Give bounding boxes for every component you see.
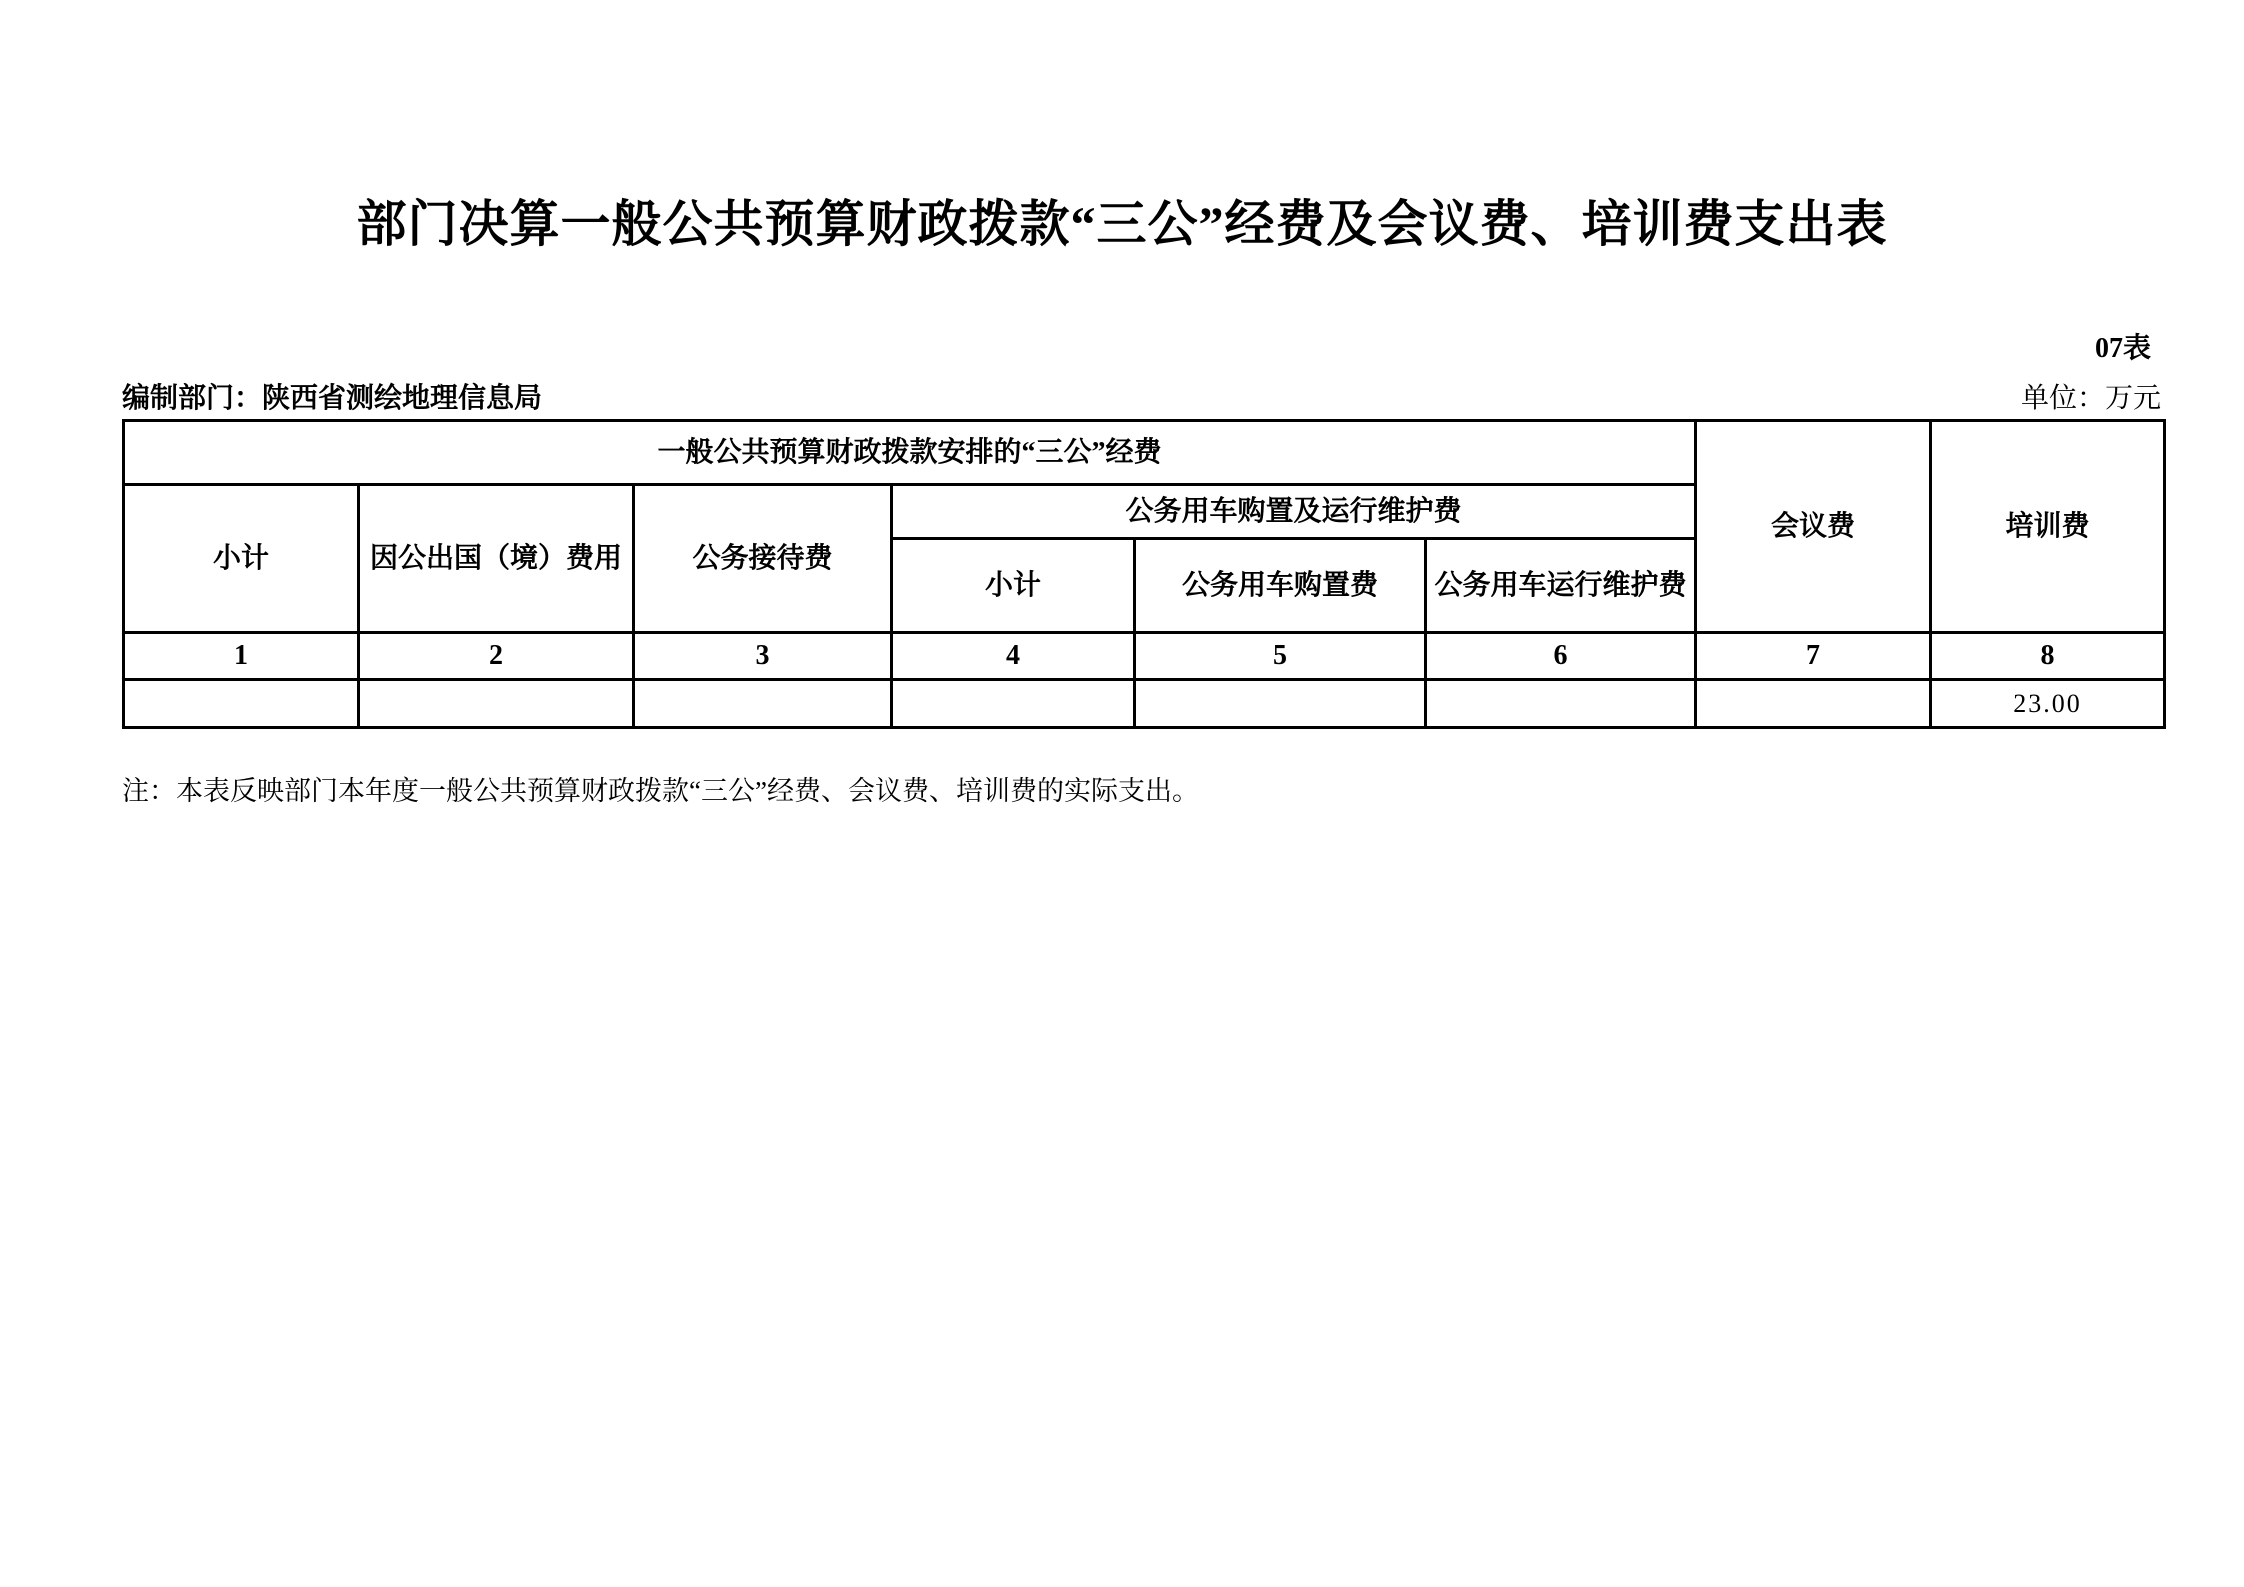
document-page: 部门决算一般公共预算财政拨款“三公”经费及会议费、培训费支出表 07表 编制部门… [0,0,2244,1587]
header-meeting-fee: 会议费 [1696,421,1931,633]
data-cell-subtotal [124,680,359,728]
header-sangong-group: 一般公共预算财政拨款安排的“三公”经费 [124,421,1696,485]
header-row-group1: 一般公共预算财政拨款安排的“三公”经费 会议费 培训费 [124,421,2165,485]
column-number: 4 [892,633,1135,680]
page-title: 部门决算一般公共预算财政拨款“三公”经费及会议费、培训费支出表 [0,0,2244,254]
data-row: 23.00 [124,680,2165,728]
header-abroad-fee: 因公出国（境）费用 [359,485,634,633]
data-cell-vehicle-subtotal [892,680,1135,728]
column-number-row: 1 2 3 4 5 6 7 8 [124,633,2165,680]
prepared-by-label: 编制部门：陕西省测绘地理信息局 [122,384,542,415]
unit-label: 单位：万元 [2021,384,2163,415]
column-number: 1 [124,633,359,680]
content-area: 07表 编制部门：陕西省测绘地理信息局 单位：万元 一般公共预算财政拨款安排的“… [122,334,2163,808]
header-training-fee: 培训费 [1931,421,2165,633]
column-number: 5 [1135,633,1426,680]
column-number: 6 [1426,633,1696,680]
table-number: 07表 [122,334,2163,365]
header-subtotal: 小计 [124,485,359,633]
header-vehicle-subtotal: 小计 [892,539,1135,633]
data-cell-abroad [359,680,634,728]
column-number: 7 [1696,633,1931,680]
data-cell-training: 23.00 [1931,680,2165,728]
data-cell-reception [634,680,892,728]
column-number: 8 [1931,633,2165,680]
data-cell-meeting [1696,680,1931,728]
table-note: 注：本表反映部门本年度一般公共预算财政拨款“三公”经费、会议费、培训费的实际支出… [122,775,2163,807]
column-number: 2 [359,633,634,680]
header-reception-fee: 公务接待费 [634,485,892,633]
header-vehicle-purchase: 公务用车购置费 [1135,539,1426,633]
header-vehicle-maintenance: 公务用车运行维护费 [1426,539,1696,633]
meta-row: 编制部门：陕西省测绘地理信息局 单位：万元 [122,384,2163,415]
header-vehicle-group: 公务用车购置及运行维护费 [892,485,1696,539]
column-number: 3 [634,633,892,680]
expenditure-table: 一般公共预算财政拨款安排的“三公”经费 会议费 培训费 小计 因公出国（境）费用… [122,419,2166,729]
data-cell-vehicle-purchase [1135,680,1426,728]
data-cell-vehicle-maintenance [1426,680,1696,728]
